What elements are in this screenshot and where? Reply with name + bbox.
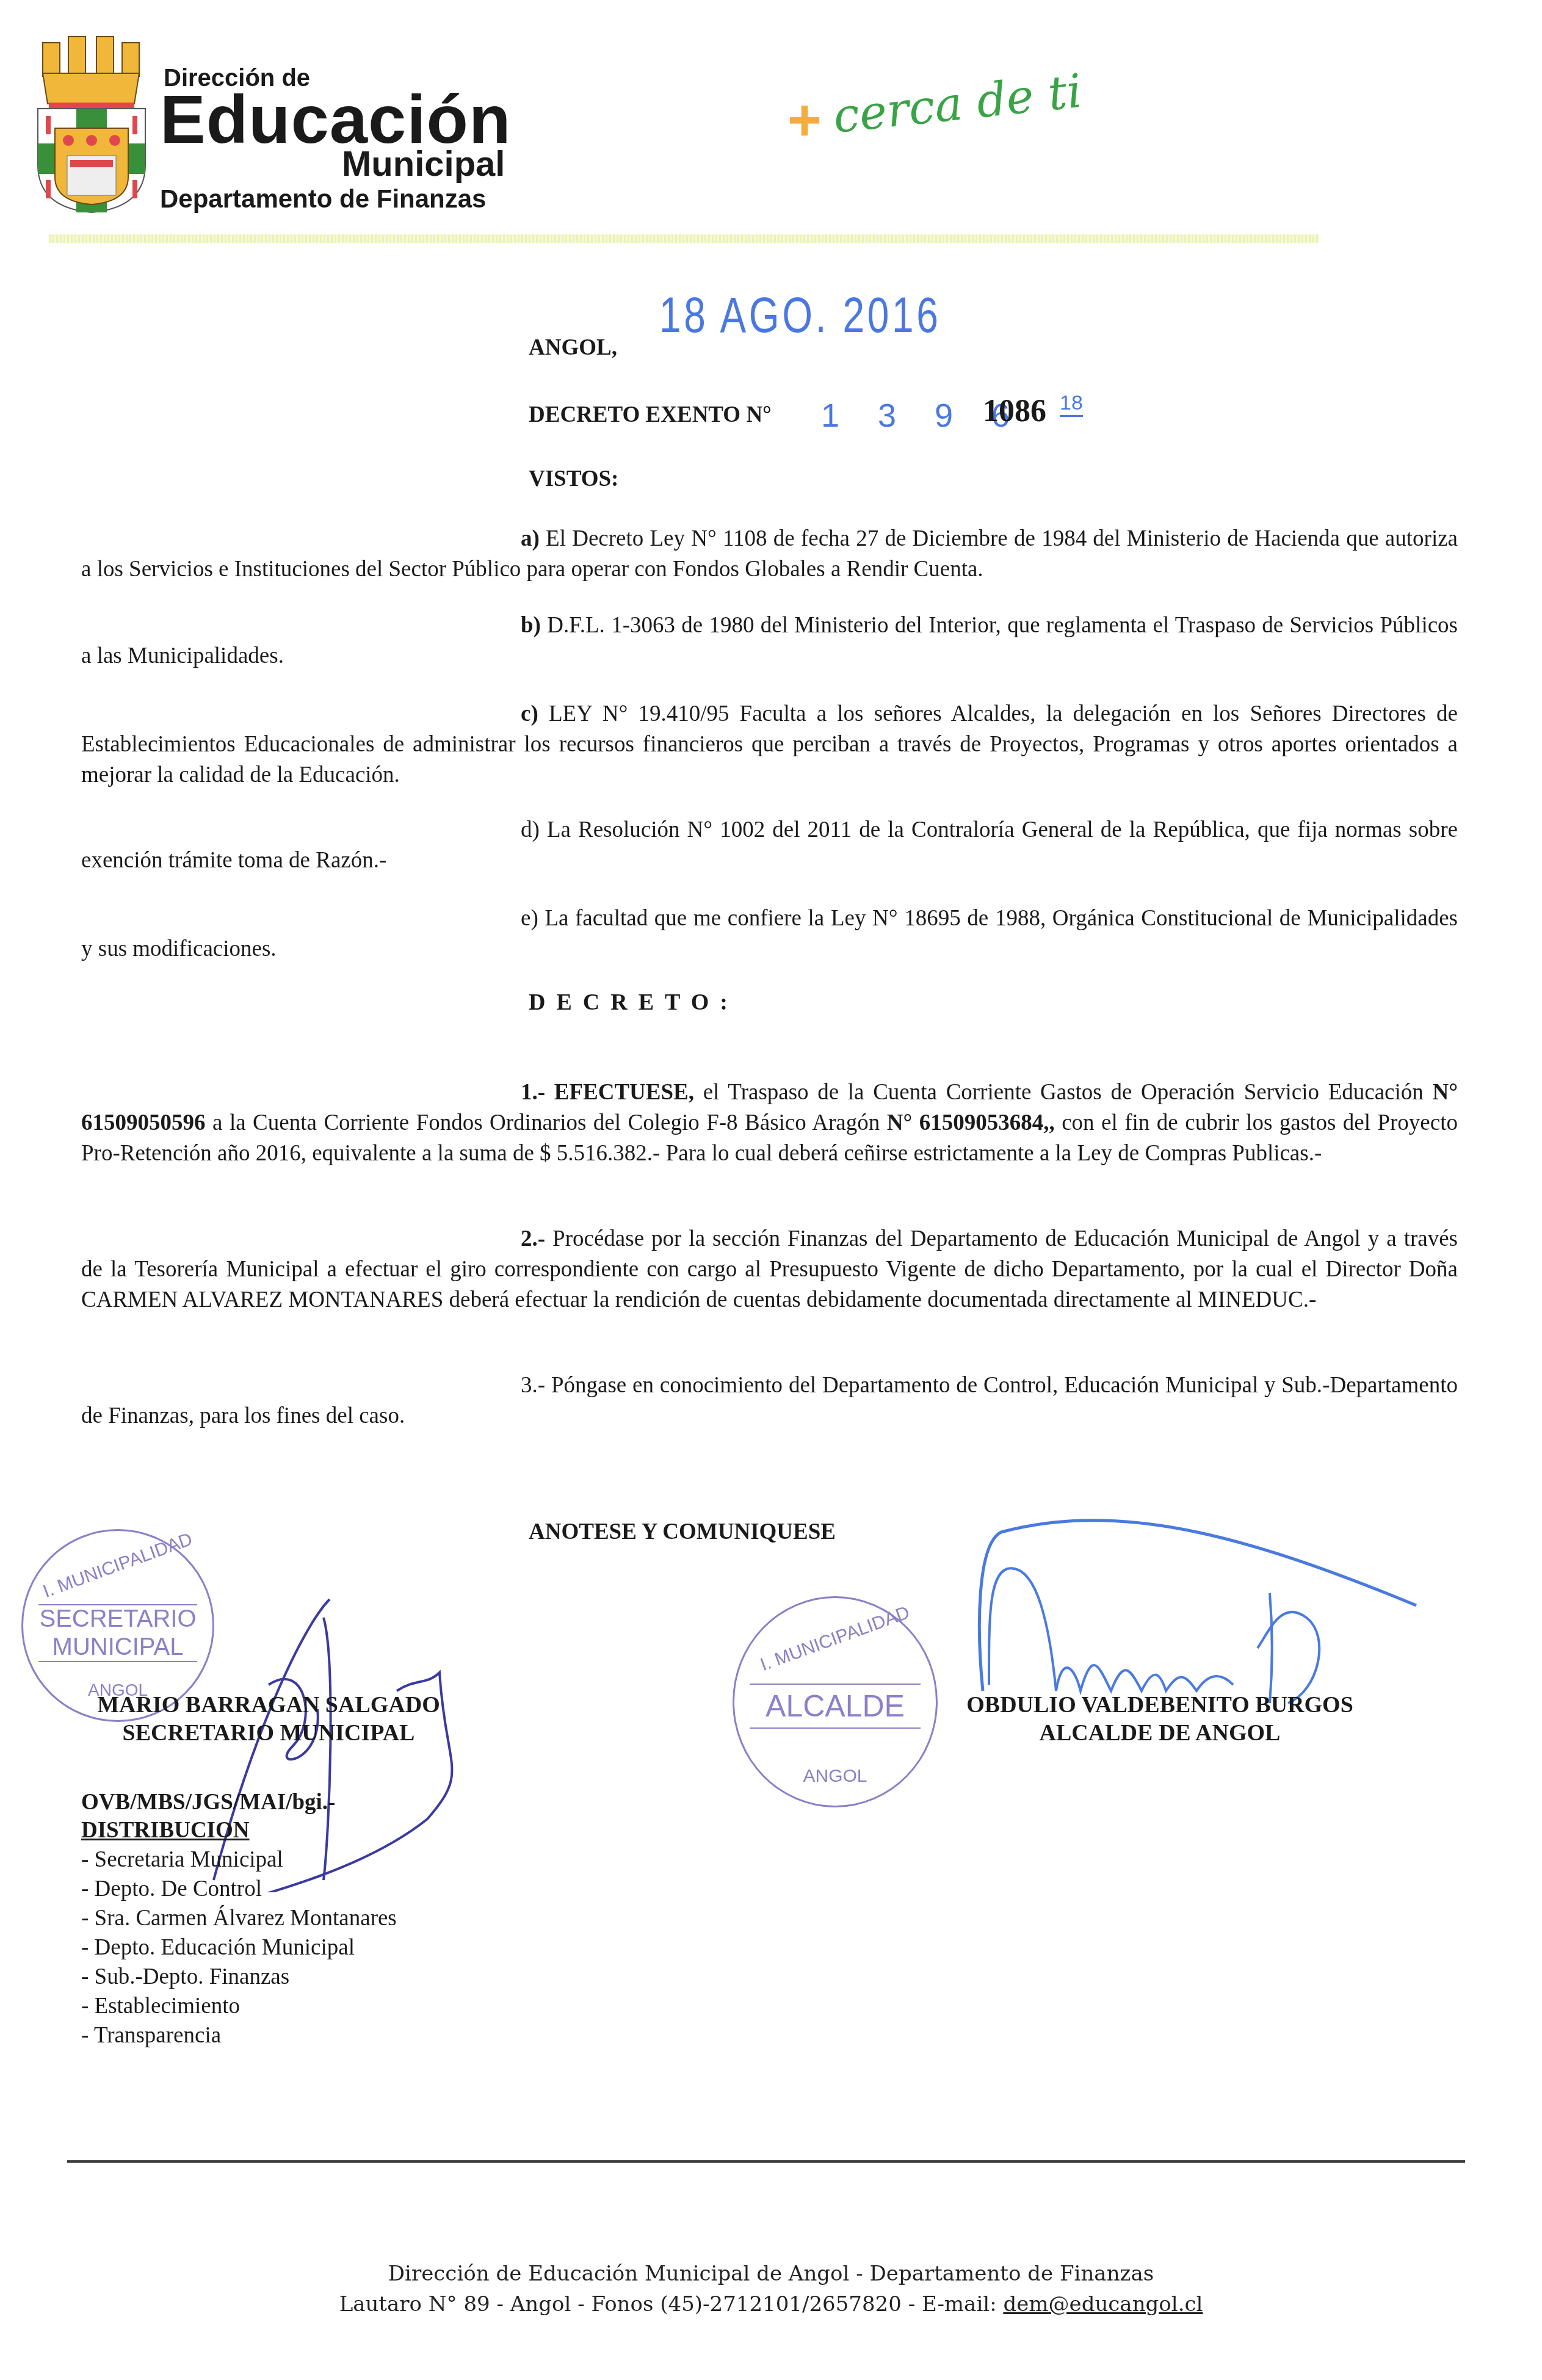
decree-number: 1086 [983,393,1046,429]
distribution-list: DISTRIBUCION - Secretaria Municipal - De… [81,1816,397,2050]
footer-divider [67,2160,1465,2163]
visto-letter: b) [521,613,541,638]
article-number: 1.- [521,1080,545,1105]
distribution-title: DISTRIBUCION [81,1816,397,1845]
footer-email-link[interactable]: dem@educangol.cl [1003,2292,1203,2317]
visto-d: d) La Resolución N° 1002 del 2011 de la … [81,815,1458,876]
article-text: Póngase en conocimiento del Departamento… [81,1373,1458,1428]
account-number-destination: N° 61509053684,, [887,1110,1055,1135]
mayor-title: ALCALDE DE ANGOL [928,1719,1392,1747]
visto-text: LEY N° 19.410/95 Faculta a los señores A… [81,701,1458,787]
place-label: ANGOL, [529,333,617,363]
visto-letter: d) [521,817,540,842]
mayor-name: OBDULIO VALDEBENITO BURGOS [928,1691,1392,1719]
visto-text: La facultad que me confiere la Ley N° 18… [81,906,1458,961]
alcalde-seal: I. MUNICIPALIDAD ALCALDE ANGOL [733,1596,938,1807]
distribution-item: - Secretaria Municipal [81,1845,397,1875]
visto-text: La Resolución N° 1002 del 2011 de la Con… [81,817,1458,873]
decreto-heading: DECRETO: [529,989,739,1016]
article-1: 1.- EFECTUESE, el Traspaso de la Cuenta … [81,1077,1458,1169]
article-text: el Traspaso de la Cuenta Corriente Gasto… [694,1080,1432,1105]
visto-c: c) LEY N° 19.410/95 Faculta a los señore… [81,699,1458,790]
closing-formula: ANOTESE Y COMUNIQUESE [529,1517,836,1547]
initials: OVB/MBS/JGS/MAI/bgi.- [81,1787,335,1818]
decree-suffix: 18 [1060,391,1083,417]
visto-letter: e) [521,906,538,931]
header-departamento: Departamento de Finanzas [160,186,486,212]
header-municipal: Municipal [342,146,505,182]
distribution-item: - Sra. Carmen Álvarez Montanares [81,1904,397,1933]
visto-text: El Decreto Ley N° 1108 de fecha 27 de Di… [81,526,1458,582]
distribution-item: - Establecimiento [81,1992,397,2021]
article-2: 2.- Procédase por la sección Finanzas de… [81,1224,1458,1315]
article-lead: EFECTUESE, [554,1080,694,1105]
seal-bottom-text: ANGOL [734,1766,936,1787]
secretary-name: MARIO BARRAGAN SALGADO [79,1691,458,1719]
article-text: Procédase por la sección Finanzas del De… [81,1226,1458,1312]
footer-address: Lautaro N° 89 - Angol - Fonos (45)-27121… [339,2292,1004,2317]
visto-e: e) La facultad que me confiere la Ley N°… [81,903,1458,964]
municipal-crest-logo [31,31,153,214]
header-divider [49,234,1319,243]
seal-top-text: I. MUNICIPALIDAD [737,1595,933,1684]
distribution-item: - Depto. Educación Municipal [81,1933,397,1962]
distribution-item: - Transparencia [81,2021,397,2050]
footer-line-2: Lautaro N° 89 - Angol - Fonos (45)-27121… [0,2292,1542,2317]
footer-line-1: Dirección de Educación Municipal de Ango… [0,2262,1542,2286]
article-text: a la Cuenta Corriente Fondos Ordinarios … [206,1110,887,1135]
secretary-title: SECRETARIO MUNICIPAL [79,1719,458,1747]
seal-center-text: ALCALDE [750,1684,921,1729]
visto-letter: c) [521,701,538,726]
mayor-signature [965,1508,1465,1715]
article-3: 3.- Póngase en conocimiento del Departam… [81,1370,1458,1431]
date-stamp: 18 AGO. 2016 [659,287,941,344]
article-number: 2.- [521,1226,545,1251]
vistos-label: VISTOS: [529,464,618,494]
plus-icon: + [787,92,822,150]
visto-a: a) El Decreto Ley N° 1108 de fecha 27 de… [81,524,1458,585]
distribution-item: - Depto. De Control [81,1875,397,1904]
slogan-logo: + cerca de ti [787,85,1190,153]
distribution-item: - Sub.-Depto. Finanzas [81,1962,397,1992]
visto-b: b) D.F.L. 1-3063 de 1980 del Ministerio … [81,610,1458,671]
article-number: 3.- [521,1373,545,1398]
visto-text: D.F.L. 1-3063 de 1980 del Ministerio del… [81,613,1458,668]
visto-letter: a) [521,526,540,551]
slogan-text: cerca de ti [831,63,1085,143]
decree-label: DECRETO EXENTO N° [529,400,772,430]
